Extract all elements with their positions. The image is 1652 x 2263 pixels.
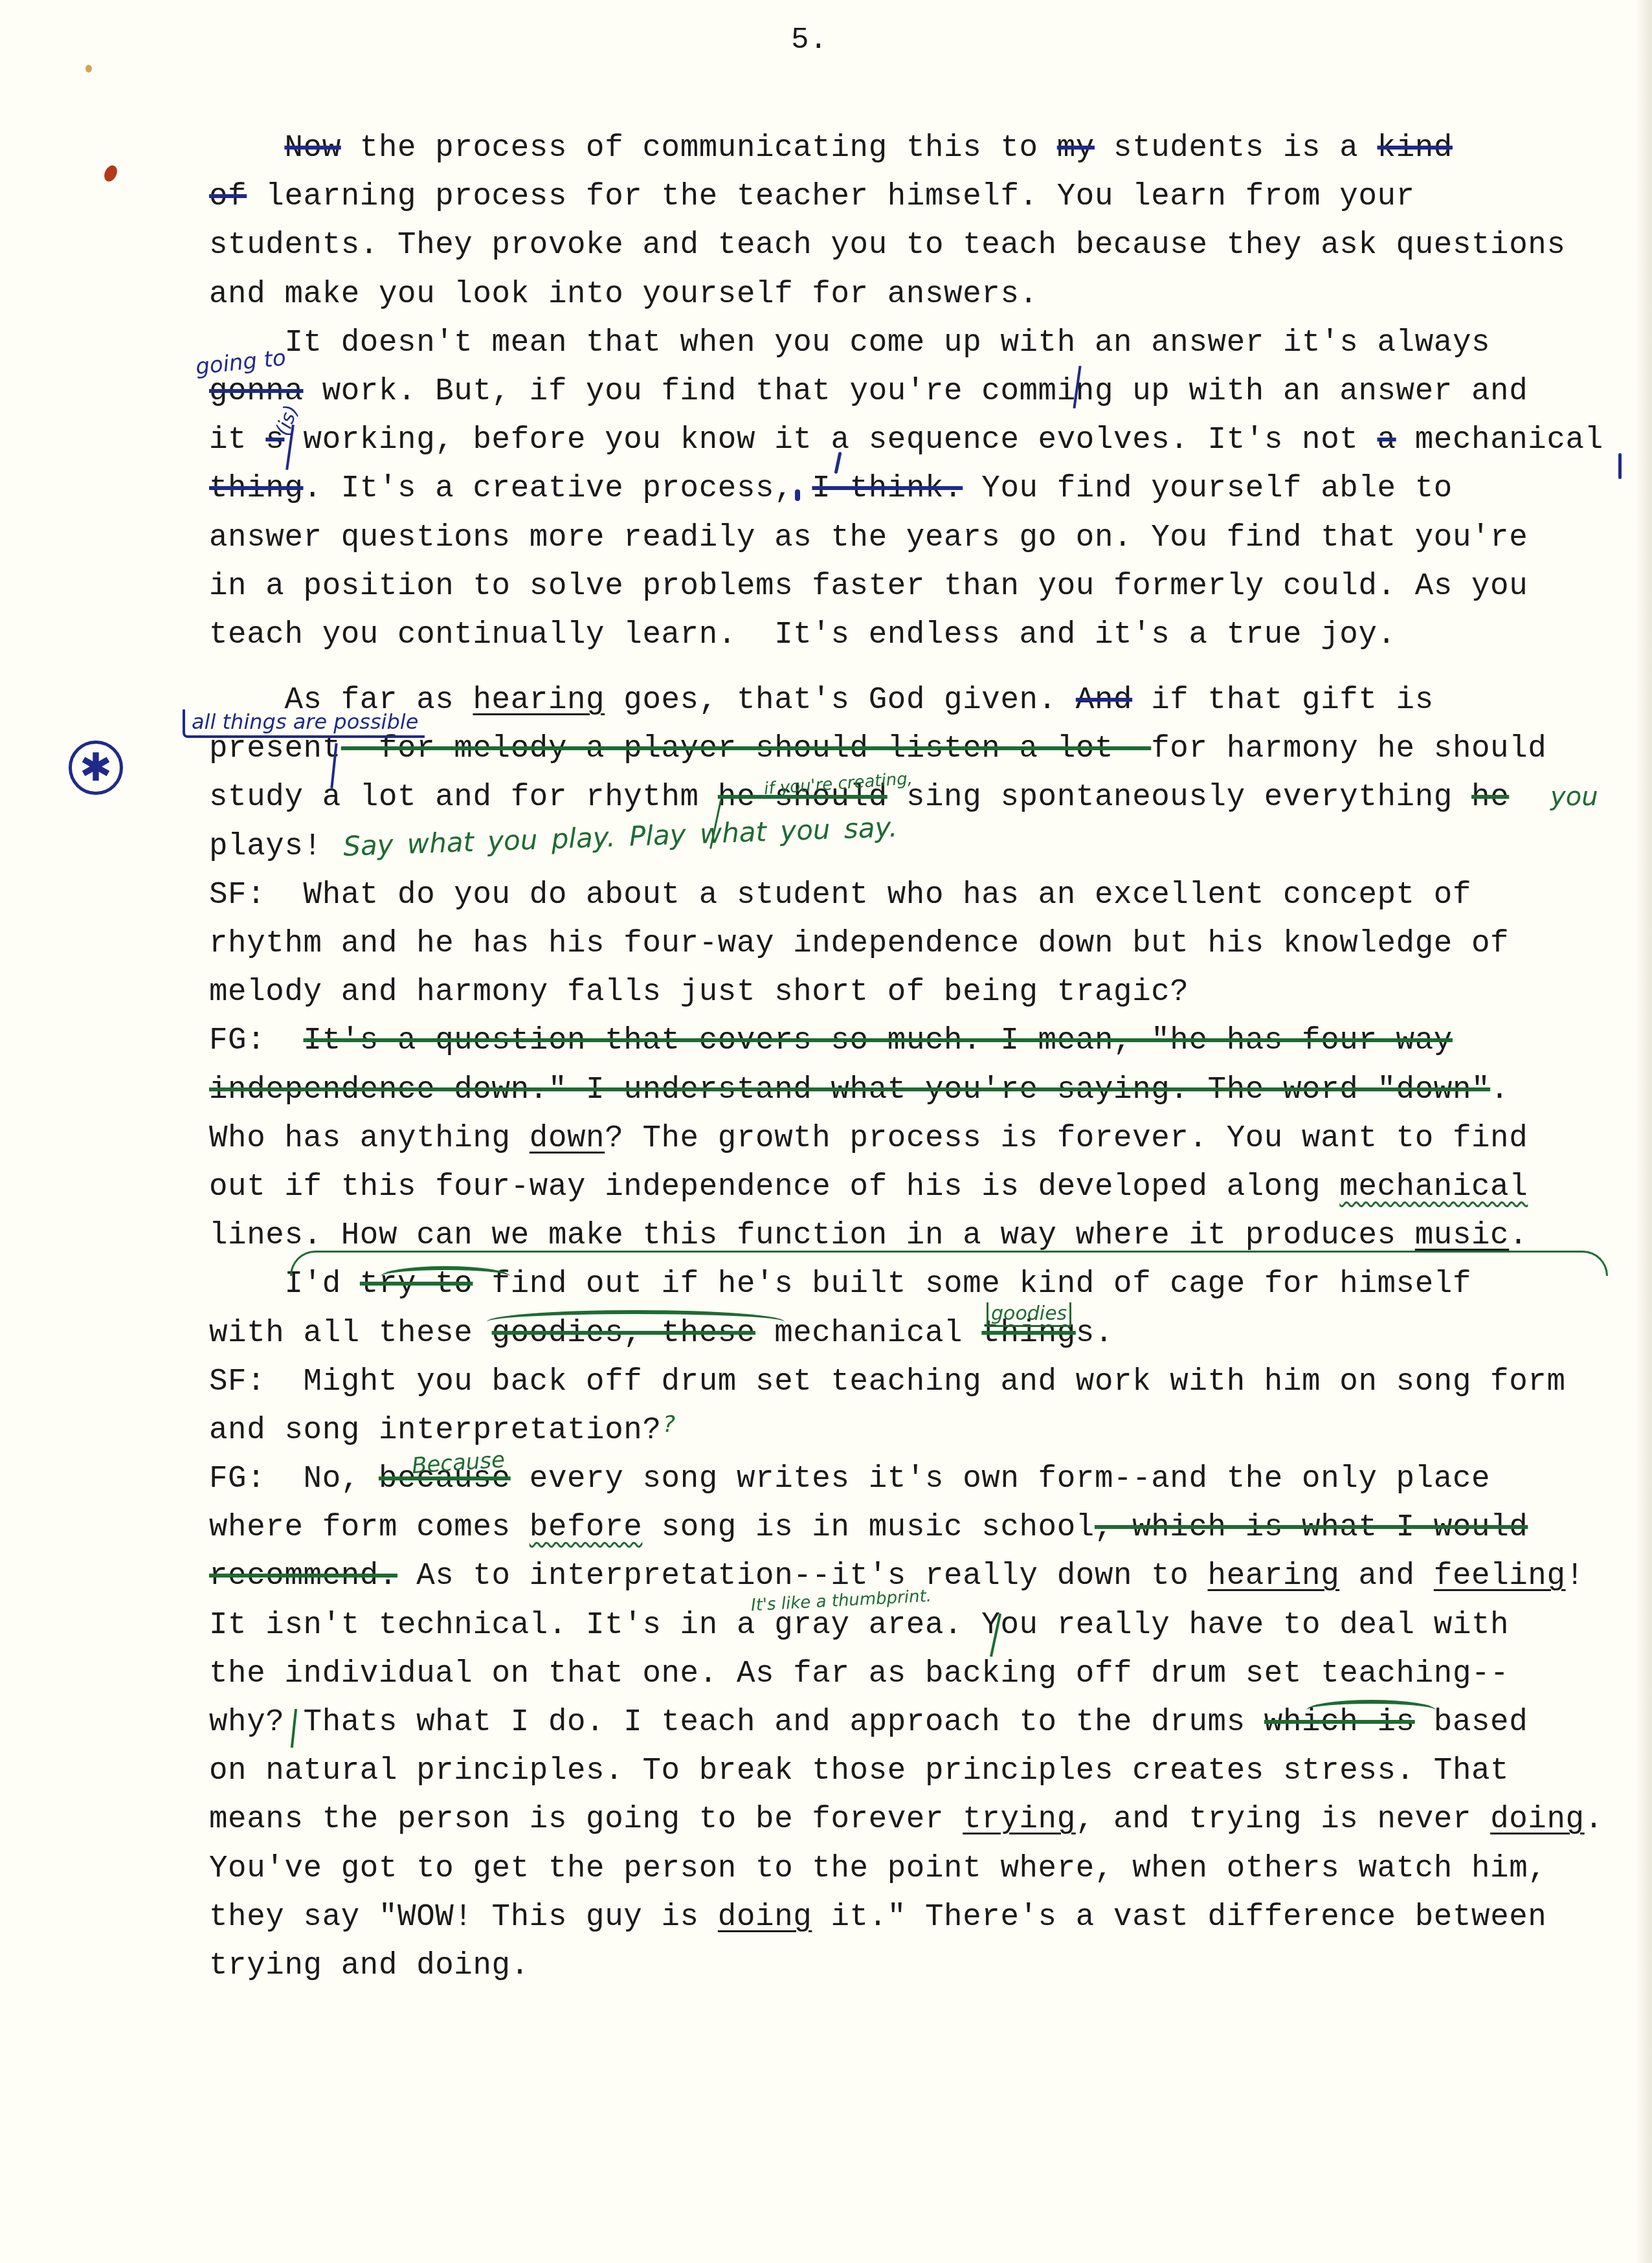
typed-text: the individual on that one. As far as ba…	[209, 1656, 1509, 1691]
text-line: the individual on that one. As far as ba…	[209, 1650, 1633, 1699]
struck-text: recommend.	[209, 1559, 397, 1594]
typed-text: the process of communicating this to	[341, 131, 1057, 166]
text-line: independence down." I understand what yo…	[209, 1066, 1633, 1115]
text-line: answer questions more readily as the yea…	[209, 514, 1633, 563]
text-line: rhythm and he has his four-way independe…	[209, 920, 1633, 968]
typed-text: Who has anything	[209, 1121, 530, 1156]
underlined-text: feeling	[1434, 1559, 1566, 1594]
text-line: It isn't technical. It's in a gray area.…	[209, 1601, 1633, 1650]
text-line: on natural principles. To break those pr…	[209, 1747, 1633, 1796]
typed-text: and	[1339, 1559, 1434, 1594]
typed-text: for harmony he should	[1151, 731, 1546, 766]
comma-inserted-process	[795, 489, 800, 501]
typed-text: SF: Might you back off drum set teaching…	[209, 1365, 1566, 1399]
text-line: It doesn't mean that when you come up wi…	[209, 319, 1633, 368]
arc-over-goodies	[487, 1310, 785, 1333]
struck-text: a	[1378, 423, 1396, 458]
typed-text: As to interpretation--it's really down t…	[397, 1559, 1208, 1594]
struck-text: kind	[1378, 131, 1453, 166]
typed-text: plays!	[209, 829, 322, 864]
underlined-text: doing	[718, 1900, 812, 1935]
struck-text: --for melody a player should listen a lo…	[341, 731, 1152, 766]
text-line: it s working, before you know it a seque…	[209, 416, 1633, 465]
text-line: Now the process of communicating this to…	[209, 124, 1633, 173]
text-line: students. They provoke and teach you to …	[209, 221, 1633, 270]
typed-text: where form comes	[209, 1510, 530, 1545]
typed-text: melody and harmony falls just short of b…	[209, 975, 1189, 1010]
typed-text	[209, 131, 284, 166]
struck-text: of	[209, 179, 247, 214]
typed-text: lines. How can we make this function in …	[209, 1218, 1415, 1253]
typed-text: means the person is going to be forever	[209, 1802, 963, 1837]
text-line: melody and harmony falls just short of b…	[209, 968, 1633, 1017]
page-number: 5.	[791, 23, 828, 57]
typed-text: FG: No,	[209, 1462, 379, 1497]
struck-text: Now	[284, 131, 340, 166]
underlined-text: before	[530, 1510, 643, 1545]
struck-text: It's a question that covers so much. I m…	[304, 1023, 1453, 1058]
text-line: means the person is going to be forever …	[209, 1796, 1633, 1844]
struck-text: thing	[209, 471, 304, 506]
text-line: out if this four-way independence of his…	[209, 1163, 1633, 1212]
typed-text: learning process for the teacher himself…	[247, 179, 1415, 214]
text-line: SF: Might you back off drum set teaching…	[209, 1358, 1633, 1407]
text-line: they say "WOW! This guy is doing it." Th…	[209, 1893, 1633, 1942]
text-line: SF: What do you do about a student who h…	[209, 871, 1633, 920]
typed-text: .	[1490, 1073, 1509, 1108]
struck-text: he	[1471, 780, 1509, 815]
text-line: and make you look into yourself for answ…	[209, 271, 1633, 319]
struck-text: And	[1076, 683, 1132, 718]
typed-text: and make you look into yourself for answ…	[209, 277, 1038, 312]
typed-text: mechanical	[755, 1316, 981, 1351]
text-line: trying and doing.	[209, 1942, 1633, 1990]
struck-text: gonna	[209, 374, 304, 409]
typed-text: .	[1585, 1802, 1603, 1837]
typed-text: You find yourself able to	[963, 471, 1453, 506]
annotation-question-mark: ?	[663, 1411, 675, 1438]
arc-over-which-is	[1306, 1700, 1436, 1721]
text-line: in a position to solve problems faster t…	[209, 563, 1633, 611]
paper-stain	[102, 163, 119, 183]
typed-text: mechanical	[1396, 423, 1603, 458]
margin-mark-right	[1618, 453, 1622, 479]
underlined-text: down	[530, 1121, 605, 1156]
page-edge-shadow	[1635, 0, 1652, 2263]
typed-text: teach you continually learn. It's endles…	[209, 618, 1396, 652]
text-line: with all these goodies, these mechanical…	[209, 1310, 1633, 1358]
text-line: where form comes before song is in music…	[209, 1504, 1633, 1552]
typed-text: sing spontaneously everything	[887, 780, 1471, 815]
typed-text: in a position to solve problems faster t…	[209, 569, 1528, 604]
typed-text: It doesn't mean that when you come up wi…	[209, 326, 1490, 361]
text-line: study a lot and for rhythm he should sin…	[209, 774, 1633, 822]
underlined-text: trying	[963, 1802, 1076, 1837]
typed-text: FG:	[209, 1023, 304, 1058]
text-line: You've got to get the person to the poin…	[209, 1845, 1633, 1893]
typed-text: and song interpretation?	[209, 1413, 662, 1448]
typed-text: every song writes it's own form--and the…	[511, 1462, 1490, 1497]
text-line: Who has anything down? The growth proces…	[209, 1115, 1633, 1163]
annotation-goodies: goodies	[987, 1302, 1071, 1327]
typed-text: with all these	[209, 1316, 492, 1351]
typed-text: trying and doing.	[209, 1948, 530, 1983]
typed-text: SF: What do you do about a student who h…	[209, 878, 1471, 913]
arc-over-try-to	[381, 1266, 510, 1287]
annotation-you: you	[1550, 782, 1598, 812]
underlined-text: hearing	[1208, 1559, 1340, 1594]
typed-text: ? The growth process is forever. You wan…	[605, 1121, 1528, 1156]
typed-text: answer questions more readily as the yea…	[209, 520, 1528, 555]
underlined-text: mechanical	[1339, 1170, 1528, 1205]
text-line: gonna work. But, if you find that you're…	[209, 368, 1633, 416]
underlined-text: music	[1415, 1218, 1510, 1253]
typed-text: if that gift is	[1132, 683, 1434, 718]
circled-asterisk-icon: ✱	[69, 741, 123, 795]
typed-text: they say "WOW! This guy is	[209, 1900, 718, 1935]
typed-text: it." There's a vast difference between	[812, 1900, 1546, 1935]
typed-text: why? Thats what I do. I teach and approa…	[209, 1705, 1264, 1740]
typed-text: !	[1566, 1559, 1585, 1594]
struck-text: independence down." I understand what yo…	[209, 1073, 1490, 1108]
struck-text: my	[1057, 131, 1095, 166]
underlined-text: doing	[1490, 1802, 1585, 1837]
typed-text: , and trying is never	[1076, 1802, 1490, 1837]
typed-text: goes, that's God given.	[605, 683, 1076, 718]
typed-text: . It's a creative process,	[304, 471, 812, 506]
text-line: teach you continually learn. It's endles…	[209, 611, 1633, 660]
typed-text: You've got to get the person to the poin…	[209, 1851, 1546, 1886]
annotation-all-things-possible: all things are possible	[183, 709, 425, 738]
typed-text: study a lot and for rhythm	[209, 780, 718, 815]
typed-text: it	[209, 423, 265, 458]
typed-text: working, before you know it a sequence e…	[284, 423, 1377, 458]
typed-text: students. They provoke and teach you to …	[209, 228, 1566, 263]
text-line: FG: It's a question that covers so much.…	[209, 1017, 1633, 1065]
underlined-text: hearing	[473, 683, 605, 718]
struck-text: , which is what I would	[1095, 1510, 1528, 1545]
typed-text: rhythm and he has his four-way independe…	[209, 926, 1509, 961]
typed-text: on natural principles. To break those pr…	[209, 1754, 1509, 1789]
text-line: of learning process for the teacher hims…	[209, 173, 1633, 221]
text-line: thing. It's a creative process, I think.…	[209, 465, 1633, 513]
struck-text: I think.	[812, 471, 963, 506]
typed-text: out if this four-way independence of his…	[209, 1170, 1339, 1205]
typed-text: work. But, if you find that you're commi…	[304, 374, 1528, 409]
text-line: and song interpretation?	[209, 1407, 1633, 1455]
typed-text: s.	[1076, 1316, 1113, 1351]
typed-text: It isn't technical. It's in a gray area.…	[209, 1608, 1509, 1643]
typed-text: song is in music school	[642, 1510, 1095, 1545]
paper-speck	[85, 65, 92, 72]
typed-text: .	[1509, 1218, 1528, 1253]
typed-text: students is a	[1095, 131, 1378, 166]
